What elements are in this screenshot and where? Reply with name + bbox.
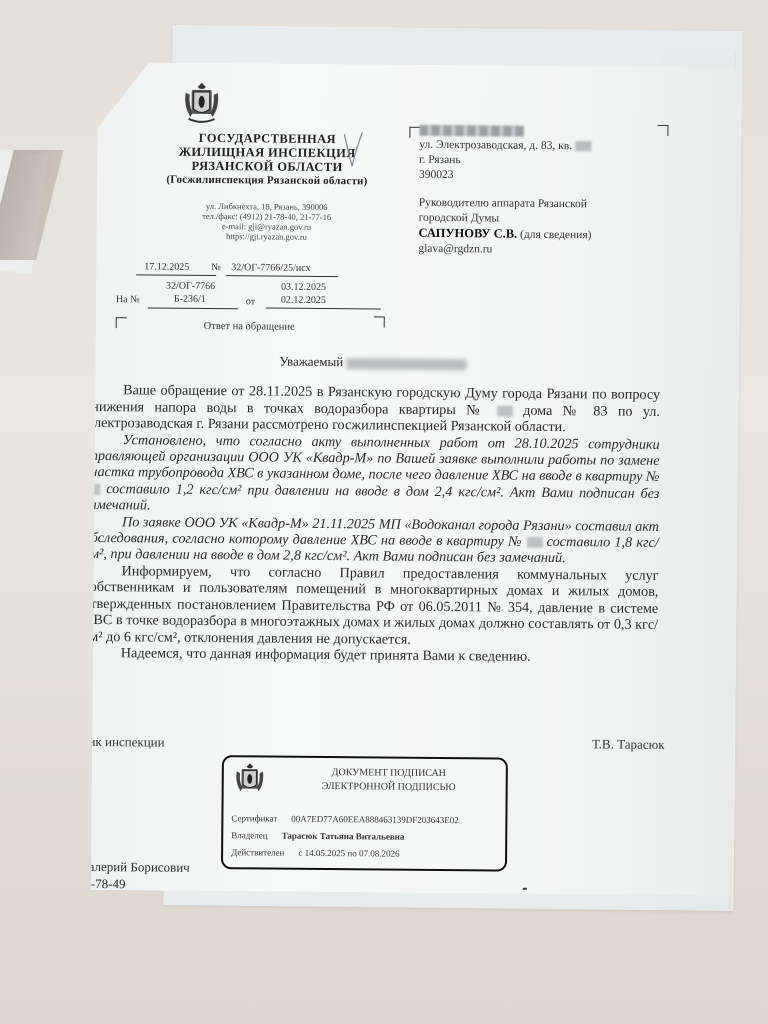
coat-of-arms-icon <box>234 763 266 799</box>
copy-to-name: САПУНОВУ С.В. <box>418 226 517 241</box>
subject-corner-icon <box>374 316 385 327</box>
redacted-apartment <box>526 537 542 548</box>
reference-number-2: Б-236/1 <box>174 294 206 305</box>
certificate-number: 00A7ED77A60EEA888463139DF203643E02 <box>291 814 459 825</box>
reference-date-1: 03.12.2025 <box>281 282 326 293</box>
salutation: Уважаемый <box>85 352 660 373</box>
handwritten-check-icon <box>342 130 364 170</box>
stamp-title: ДОКУМЕНТ ПОДПИСАН ЭЛЕКТРОННОЙ ПОДПИСЬЮ <box>294 766 484 796</box>
redacted-name <box>346 358 466 370</box>
reference-label: На № <box>116 294 140 305</box>
paragraph-3: По заявке ООО УК «Квадр-М» 21.11.2025 МП… <box>84 514 659 568</box>
validity-row: Действителенс 14.05.2025 по 07.08.2026 <box>231 847 399 858</box>
redacted-apartment <box>497 406 513 417</box>
outgoing-number: 32/ОГ-7766/25/исх <box>231 262 310 274</box>
copy-to-note: (для сведения) <box>520 229 591 242</box>
redacted-apartment <box>575 142 591 152</box>
letter-page: ГОСУДАРСТВЕННАЯ ЖИЛИЩНАЯ ИНСПЕКЦИЯ РЯЗАН… <box>91 62 738 896</box>
org-website: https://gji.ryazan.gov.ru <box>136 230 396 242</box>
subject-corner-icon <box>116 317 127 328</box>
certificate-owner: Тарасюк Татьяна Витальевна <box>282 831 405 842</box>
reference-number-1: 32/ОГ-7766 <box>166 281 215 292</box>
outgoing-date: 17.12.2025 <box>144 261 189 272</box>
electronic-signature-stamp: ДОКУМЕНТ ПОДПИСАН ЭЛЕКТРОННОЙ ПОДПИСЬЮ С… <box>221 755 508 871</box>
certificate-row: Сертификат00A7ED77A60EEA888463139DF20364… <box>231 813 458 825</box>
executor-block: Самарцев Валерий Борисович +7 (4912) 21-… <box>23 857 190 892</box>
recipient-address: ул. Электрозаводская, д. 83, кв. <box>419 138 699 155</box>
paragraph-4: Информируем, что согласно Правил предост… <box>83 563 659 650</box>
copy-to-email: glava@rgdzn.ru <box>418 242 698 259</box>
valid-to: 07.08.2026 <box>359 848 400 858</box>
executor-name: Самарцев Валерий Борисович <box>23 857 190 875</box>
executor-phone: +7 (4912) 21-78-49 <box>23 874 190 892</box>
from-label: от <box>246 296 255 307</box>
redacted-apartment <box>84 484 100 495</box>
organization-contacts: ул. Либкнехта, 18, Рязань, 390006 тел./ф… <box>136 200 396 242</box>
coat-of-arms-icon <box>182 83 220 127</box>
signatory-name: Т.В. Тарасюк <box>592 736 665 753</box>
reference-date-2: 02.12.2025 <box>281 295 326 306</box>
letter-body: Уважаемый Ваше обращение от 28.11.2025 в… <box>83 352 661 666</box>
number-label: № <box>211 262 221 273</box>
signatory-position: Начальник инспекции <box>42 734 165 751</box>
org-short-name: (Госжилинспекция Рязанской области) <box>137 172 397 188</box>
valid-from: 14.05.2025 <box>305 848 346 858</box>
paragraph-2: Установлено, что согласно акту выполненн… <box>84 432 660 519</box>
recipient-block: ул. Электрозаводская, д. 83, кв. г. Ряза… <box>418 123 699 259</box>
redacted-name <box>419 125 524 137</box>
background-shadow <box>0 150 64 260</box>
letter-subject: Ответ на обращение <box>204 321 295 333</box>
owner-row: ВладелецТарасюк Татьяна Витальевна <box>231 830 404 842</box>
paragraph-1: Ваше обращение от 28.11.2025 в Рязанскую… <box>85 382 660 436</box>
